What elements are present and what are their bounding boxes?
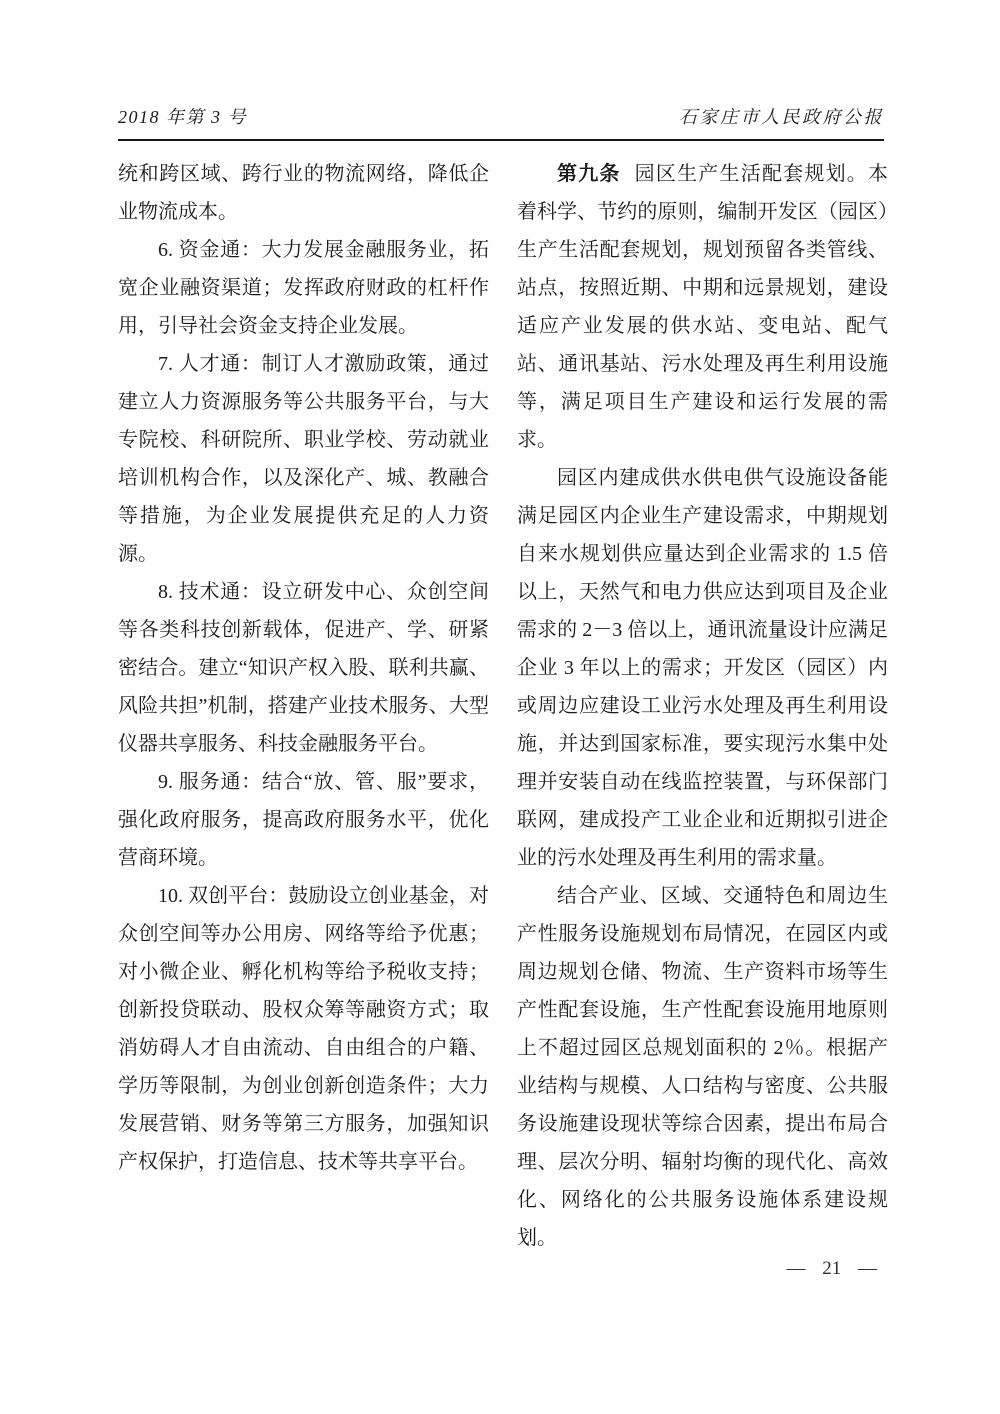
paragraph: 园区内建成供水供电供气设施设备能满足园区内企业生产建设需求，中期规划自来水规划供…	[517, 459, 888, 877]
paragraph: 统和跨区域、跨行业的物流网络，降低企业物流成本。	[118, 155, 489, 231]
page-body: 统和跨区域、跨行业的物流网络，降低企业物流成本。 6. 资金通：大力发展金融服务…	[118, 155, 888, 1257]
paragraph: 7. 人才通：制订人才激励政策，通过建立人力资源服务等公共服务平台，与大专院校、…	[118, 345, 489, 573]
paragraph: 结合产业、区域、交通特色和周边生产性服务设施规划布局情况，在园区内或周边规划仓储…	[517, 877, 888, 1257]
paragraph-article-9: 第九条园区生产生活配套规划。本着科学、节约的原则，编制开发区（园区）生产生活配套…	[517, 155, 888, 459]
header-gazette-title: 石家庄市人民政府公报	[679, 103, 884, 129]
page-header: 2018 年第 3 号 石家庄市人民政府公报	[118, 103, 884, 141]
header-issue-label: 2018 年第 3 号	[118, 103, 247, 129]
gazette-page: 2018 年第 3 号 石家庄市人民政府公报 统和跨区域、跨行业的物流网络，降低…	[0, 0, 1000, 1414]
column-left: 统和跨区域、跨行业的物流网络，降低企业物流成本。 6. 资金通：大力发展金融服务…	[118, 155, 489, 1257]
paragraph: 10. 双创平台：鼓励设立创业基金，对众创空间等办公用房、网络等给予优惠；对小微…	[118, 877, 489, 1181]
page-number: — 21 —	[787, 1258, 878, 1280]
article-text: 园区生产生活配套规划。本着科学、节约的原则，编制开发区（园区）生产生活配套规划，…	[517, 163, 888, 451]
column-right: 第九条园区生产生活配套规划。本着科学、节约的原则，编制开发区（园区）生产生活配套…	[517, 155, 888, 1257]
paragraph: 6. 资金通：大力发展金融服务业，拓宽企业融资渠道；发挥政府财政的杠杆作用，引导…	[118, 231, 489, 345]
paragraph: 8. 技术通：设立研发中心、众创空间等各类科技创新载体，促进产、学、研紧密结合。…	[118, 573, 489, 763]
paragraph: 9. 服务通：结合“放、管、服”要求，强化政府服务，提高政府服务水平，优化营商环…	[118, 763, 489, 877]
article-number-label: 第九条	[557, 163, 621, 185]
